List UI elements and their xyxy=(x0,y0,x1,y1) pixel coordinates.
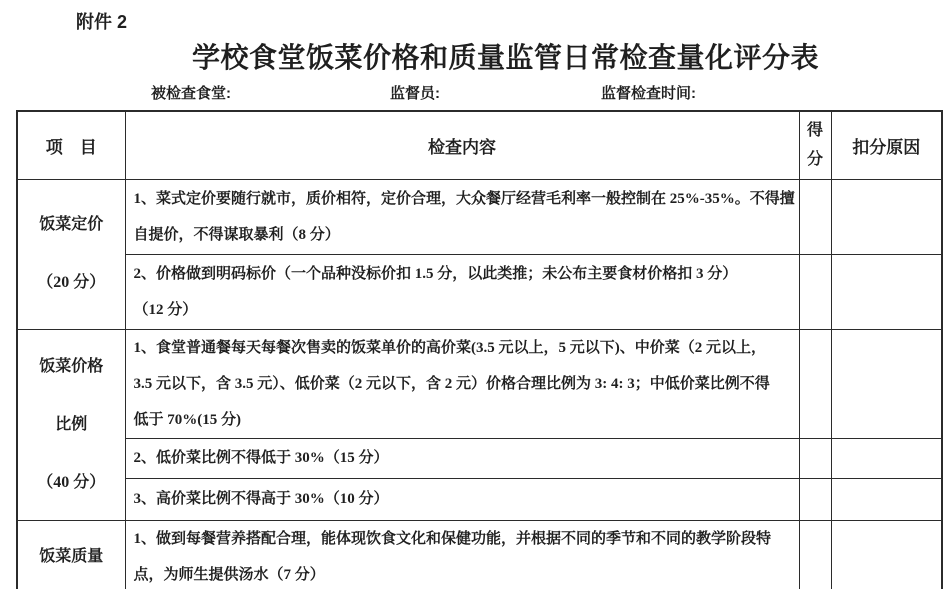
reason-cell xyxy=(831,520,942,589)
reason-cell xyxy=(831,478,942,520)
score-cell xyxy=(799,438,831,478)
content-line: 1、食堂普通餐每天每餐次售卖的饭菜单价的高价菜(3.5 元以上，5 元以下)、中… xyxy=(134,330,795,366)
header-content: 检查内容 xyxy=(125,111,799,179)
table-row: 饭菜质量 1、做到每餐营养搭配合理，能体现饮食文化和保健功能，并根据不同的季节和… xyxy=(17,520,942,589)
score-cell xyxy=(799,329,831,438)
reason-cell xyxy=(831,438,942,478)
reason-cell xyxy=(831,254,942,329)
item-line: 饭菜价格 xyxy=(18,338,125,396)
content-line: 3.5 元以下，含 3.5 元）、低价菜（2 元以下，含 2 元）价格合理比例为… xyxy=(134,366,795,402)
reason-cell xyxy=(831,329,942,438)
info-inspection-time-label: 监督检查时间: xyxy=(601,82,696,103)
info-supervisor-label: 监督员: xyxy=(390,82,440,103)
score-cell xyxy=(799,478,831,520)
content-line: 2、低价菜比例不得低于 30%（15 分） xyxy=(134,440,795,476)
content-cell: 1、做到每餐营养搭配合理，能体现饮食文化和保健功能，并根据不同的季节和不同的教学… xyxy=(125,520,799,589)
item-line: 饭菜定价 xyxy=(18,196,125,254)
content-cell: 1、菜式定价要随行就市，质价相符，定价合理，大众餐厅经营毛利率一般控制在 25%… xyxy=(125,179,799,254)
item-line: 饭菜质量 xyxy=(18,528,125,586)
content-line: 点，为师生提供汤水（7 分） xyxy=(134,557,795,589)
item-cell-pricing: 饭菜定价 （20 分） xyxy=(17,179,125,329)
item-line: （40 分） xyxy=(18,454,125,512)
header-reason: 扣分原因 xyxy=(831,111,942,179)
info-row: 被检查食堂: 监督员: 监督检查时间: xyxy=(0,82,951,104)
item-line: 比例 xyxy=(18,396,125,454)
table-row: 饭菜价格 比例 （40 分） 1、食堂普通餐每天每餐次售卖的饭菜单价的高价菜(3… xyxy=(17,329,942,438)
content-cell: 2、低价菜比例不得低于 30%（15 分） xyxy=(125,438,799,478)
table-row: 饭菜定价 （20 分） 1、菜式定价要随行就市，质价相符，定价合理，大众餐厅经营… xyxy=(17,179,942,254)
item-cell-quality: 饭菜质量 xyxy=(17,520,125,589)
content-line: （12 分） xyxy=(134,292,795,328)
table-row: 2、价格做到明码标价（一个品种没标价扣 1.5 分，以此类推；未公布主要食材价格… xyxy=(17,254,942,329)
item-cell-price-ratio: 饭菜价格 比例 （40 分） xyxy=(17,329,125,520)
content-line: 自提价，不得谋取暴利（8 分） xyxy=(134,217,795,253)
header-item: 项 目 xyxy=(17,111,125,179)
content-line: 3、高价菜比例不得高于 30%（10 分） xyxy=(134,481,795,517)
page-title: 学校食堂饭菜价格和质量监管日常检查量化评分表 xyxy=(0,36,951,76)
attachment-label: 附件 2 xyxy=(76,8,127,34)
header-score: 得 分 xyxy=(799,111,831,179)
content-line: 低于 70%(15 分) xyxy=(134,402,795,438)
reason-cell xyxy=(831,179,942,254)
scoring-table: 项 目 检查内容 得 分 扣分原因 饭菜定价 （20 分） 1、菜式定价要随行就… xyxy=(16,110,943,589)
table-row: 3、高价菜比例不得高于 30%（10 分） xyxy=(17,478,942,520)
score-cell xyxy=(799,179,831,254)
content-cell: 3、高价菜比例不得高于 30%（10 分） xyxy=(125,478,799,520)
info-canteen-label: 被检查食堂: xyxy=(151,82,231,103)
item-line: （20 分） xyxy=(18,254,125,312)
content-cell: 2、价格做到明码标价（一个品种没标价扣 1.5 分，以此类推；未公布主要食材价格… xyxy=(125,254,799,329)
table-header-row: 项 目 检查内容 得 分 扣分原因 xyxy=(17,111,942,179)
score-cell xyxy=(799,254,831,329)
table-row: 2、低价菜比例不得低于 30%（15 分） xyxy=(17,438,942,478)
content-line: 1、菜式定价要随行就市，质价相符，定价合理，大众餐厅经营毛利率一般控制在 25%… xyxy=(134,181,795,217)
header-score-line1: 得 xyxy=(800,116,831,145)
content-line: 2、价格做到明码标价（一个品种没标价扣 1.5 分，以此类推；未公布主要食材价格… xyxy=(134,256,795,292)
content-cell: 1、食堂普通餐每天每餐次售卖的饭菜单价的高价菜(3.5 元以上，5 元以下)、中… xyxy=(125,329,799,438)
document-page: 附件 2 学校食堂饭菜价格和质量监管日常检查量化评分表 被检查食堂: 监督员: … xyxy=(0,0,951,589)
content-line: 1、做到每餐营养搭配合理，能体现饮食文化和保健功能，并根据不同的季节和不同的教学… xyxy=(134,521,795,557)
header-score-line2: 分 xyxy=(800,145,831,174)
score-cell xyxy=(799,520,831,589)
